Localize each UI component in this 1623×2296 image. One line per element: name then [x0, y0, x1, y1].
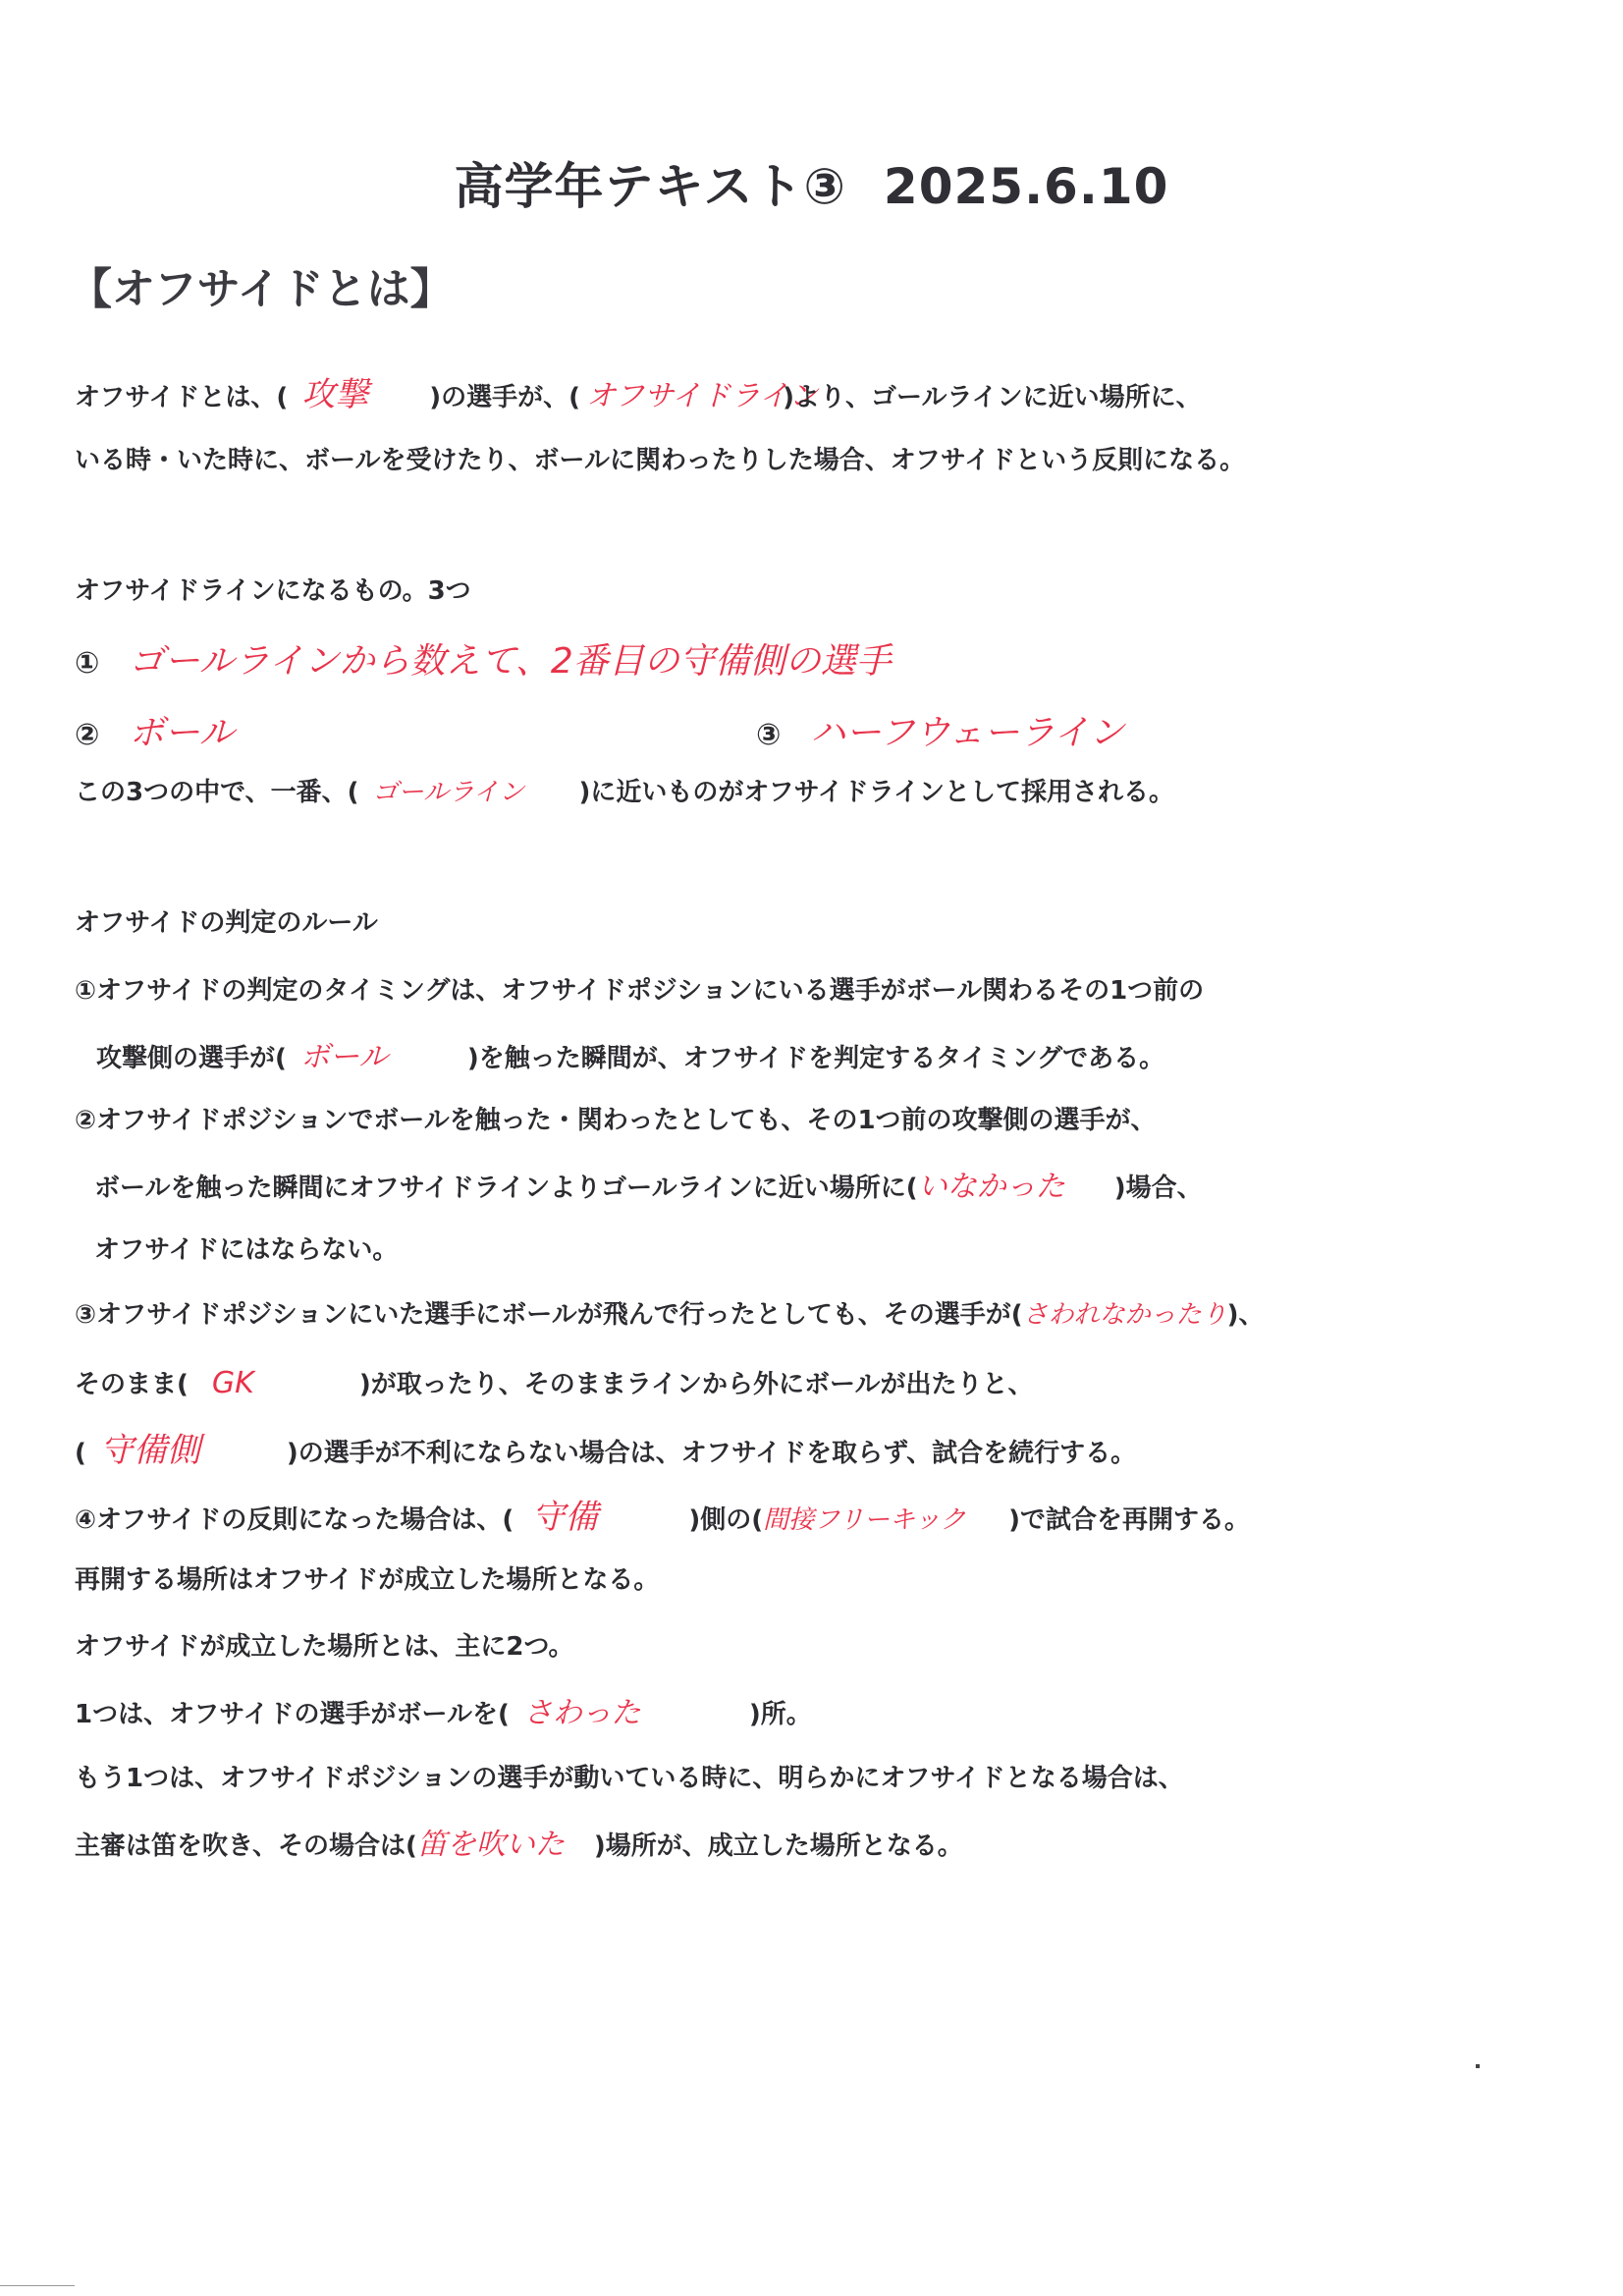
text-segment: )の選手が不利にならない場合は、オフサイドを取らず、試合を続行する。: [287, 1439, 1136, 1468]
text-segment: )、: [1227, 1300, 1265, 1330]
text-segment: )側の(: [688, 1505, 763, 1535]
rule-2-line-2: ボールを触った瞬間にオフサイドラインよりゴールラインに近い場所に(いなかった)場…: [94, 1171, 1203, 1205]
rule-3-line-2: そのまま(GK)が取ったり、そのままラインから外にボールが出たりと、: [75, 1367, 1033, 1401]
title-text: 高学年テキスト③: [455, 158, 846, 215]
page-title: 高学年テキスト③2025.6.10: [0, 147, 1623, 218]
text-segment: )に近いものがオフサイドラインとして採用される。: [578, 778, 1174, 807]
text-segment: )より、ゴールラインに近い場所に、: [783, 383, 1202, 412]
answer-offside-line: オフサイドライン: [580, 380, 783, 413]
item-answer: ボール: [129, 705, 234, 755]
answer-defending-side: 守備側: [86, 1434, 287, 1467]
rule-4-line-4: 1つは、オフサイドの選手がボールを(さわった)所。: [75, 1697, 812, 1731]
scan-speck: [1476, 2064, 1480, 2068]
answer-defense: 守備: [514, 1501, 688, 1534]
rule-4-line-6: 主審は笛を吹き、その場合は(笛を吹いた)場所が、成立した場所となる。: [75, 1829, 963, 1863]
offside-line-heading: オフサイドラインになるもの。3つ: [75, 574, 471, 608]
text-segment: )で試合を再開する。: [1008, 1505, 1250, 1535]
item-answer: ゴールラインから数えて、2番目の守備側の選手: [129, 633, 891, 683]
text-segment: )が取ったり、そのままラインから外にボールが出たりと、: [359, 1370, 1034, 1399]
text-segment: この3つの中で、一番、(: [75, 778, 358, 807]
text-segment: 主審は笛を吹き、その場合は(: [75, 1831, 417, 1861]
section-heading: 【オフサイドとは】: [69, 253, 454, 316]
rule-2-line-3: オフサイドにはならない。: [94, 1233, 398, 1267]
rule-3-line-1: ③オフサイドポジションにいた選手にボールが飛んで行ったとしても、その選手が(さわ…: [75, 1298, 1265, 1332]
text-segment: 1つは、オフサイドの選手がボールを(: [75, 1700, 510, 1729]
text-segment: )場所が、成立した場所となる。: [594, 1831, 963, 1861]
item-number: ②: [75, 718, 99, 752]
rule-1-line-2: 攻撃側の選手が(ボール)を触った瞬間が、オフサイドを判定するタイミングである。: [96, 1041, 1164, 1075]
answer-goal-line: ゴールライン: [358, 776, 578, 809]
offside-line-summary: この3つの中で、一番、(ゴールライン)に近いものがオフサイドラインとして採用され…: [75, 776, 1174, 809]
answer-could-not-touch: さわれなかったり: [1023, 1298, 1227, 1332]
item-answer: ハーフウェーライン: [810, 705, 1124, 755]
answer-touched: さわった: [510, 1697, 749, 1730]
text-segment: )の選手が、(: [429, 383, 580, 412]
text-segment: 攻撃側の選手が(: [96, 1044, 287, 1073]
rule-2-line-1: ②オフサイドポジションでボールを触った・関わったとしても、その1つ前の攻撃側の選…: [75, 1104, 1157, 1137]
worksheet-page: 高学年テキスト③2025.6.10 【オフサイドとは】 オフサイドとは、(攻撃)…: [0, 0, 1623, 2296]
offside-line-item-3: ③ハーフウェーライン: [756, 705, 1124, 755]
text-segment: ③オフサイドポジションにいた選手にボールが飛んで行ったとしても、その選手が(: [75, 1300, 1023, 1330]
text-segment: オフサイドとは、(: [75, 383, 288, 412]
text-segment: )所。: [749, 1700, 812, 1729]
rule-4-line-3: オフサイドが成立した場所とは、主に2つ。: [75, 1630, 573, 1664]
judgement-heading: オフサイドの判定のルール: [75, 906, 378, 940]
text-segment: そのまま(: [75, 1370, 189, 1399]
text-segment: ④オフサイドの反則になった場合は、(: [75, 1505, 514, 1535]
offside-line-item-1: ①ゴールラインから数えて、2番目の守備側の選手: [75, 633, 892, 683]
text-segment: )場合、: [1114, 1174, 1203, 1203]
answer-gk: GK: [189, 1367, 359, 1400]
rule-4-line-5: もう1つは、オフサイドポジションの選手が動いている時に、明らかにオフサイドとなる…: [75, 1762, 1184, 1795]
scan-edge-line: [0, 2285, 75, 2286]
answer-was-not: いなかった: [918, 1171, 1114, 1204]
item-number: ①: [75, 646, 99, 681]
rule-4-line-2: 再開する場所はオフサイドが成立した場所となる。: [75, 1563, 659, 1597]
answer-indirect-free-kick: 間接フリーキック: [763, 1503, 1008, 1537]
rule-4-line-1: ④オフサイドの反則になった場合は、(守備)側の(間接フリーキック)で試合を再開す…: [75, 1501, 1250, 1537]
rule-1-line-1: ①オフサイドの判定のタイミングは、オフサイドポジションにいる選手がボール関わるそ…: [75, 974, 1204, 1008]
text-segment: ボールを触った瞬間にオフサイドラインよりゴールラインに近い場所に(: [94, 1174, 918, 1203]
answer-attack: 攻撃: [288, 378, 429, 411]
item-number: ③: [756, 718, 781, 752]
answer-blew-whistle: 笛を吹いた: [417, 1829, 594, 1862]
title-date: 2025.6.10: [884, 158, 1169, 215]
answer-ball: ボール: [287, 1041, 467, 1074]
definition-line-2: いる時・いた時に、ボールを受けたり、ボールに関わったりした場合、オフサイドという…: [75, 444, 1245, 477]
rule-3-line-3: (守備側)の選手が不利にならない場合は、オフサイドを取らず、試合を続行する。: [75, 1434, 1136, 1470]
offside-line-item-2: ②ボール: [75, 705, 235, 755]
definition-line-1: オフサイドとは、(攻撃)の選手が、(オフサイドライン)より、ゴールラインに近い場…: [75, 378, 1202, 414]
text-segment: (: [75, 1439, 86, 1468]
text-segment: )を触った瞬間が、オフサイドを判定するタイミングである。: [467, 1044, 1164, 1073]
